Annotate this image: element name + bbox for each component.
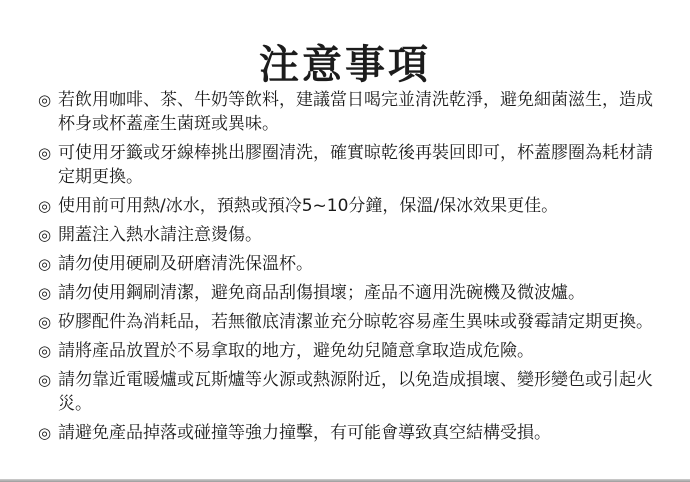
note-text: 請將產品放置於不易拿取的地方，避免幼兒隨意拿取造成危險。 (58, 339, 658, 363)
bullet-icon: ◎ (38, 339, 58, 363)
bullet-icon: ◎ (38, 194, 58, 218)
bullet-icon: ◎ (38, 252, 58, 276)
bullet-icon: ◎ (38, 281, 58, 305)
note-item: ◎ 請勿靠近電暖爐或瓦斯爐等火源或熱源附近，以免造成損壞、變形變色或引起火災。 (38, 368, 658, 416)
note-item: ◎ 請避免產品掉落或碰撞等強力撞擊，有可能會導致真空結構受損。 (38, 421, 658, 445)
page-title: 注意事項 (0, 37, 690, 93)
note-text: 開蓋注入熱水請注意燙傷。 (58, 223, 658, 247)
note-text: 可使用牙籤或牙線棒挑出膠圈清洗，確實晾乾後再裝回即可，杯蓋膠圈為耗材請定期更換。 (58, 141, 658, 189)
note-item: ◎ 請勿使用鋼刷清潔，避免商品刮傷損壞；產品不適用洗碗機及微波爐。 (38, 281, 658, 305)
note-text: 請避免產品掉落或碰撞等強力撞擊，有可能會導致真空結構受損。 (58, 421, 658, 445)
bullet-icon: ◎ (38, 141, 58, 189)
note-text: 矽膠配件為消耗品，若無徹底清潔並充分晾乾容易產生異味或發霉請定期更換。 (58, 310, 658, 334)
bullet-icon: ◎ (38, 88, 58, 136)
bullet-icon: ◎ (38, 368, 58, 416)
note-item: ◎ 矽膠配件為消耗品，若無徹底清潔並充分晾乾容易產生異味或發霉請定期更換。 (38, 310, 658, 334)
note-item: ◎ 請勿使用硬刷及研磨清洗保溫杯。 (38, 252, 658, 276)
note-item: ◎ 開蓋注入熱水請注意燙傷。 (38, 223, 658, 247)
bullet-icon: ◎ (38, 421, 58, 445)
note-text: 請勿使用硬刷及研磨清洗保溫杯。 (58, 252, 658, 276)
note-text: 若飲用咖啡、茶、牛奶等飲料，建議當日喝完並清洗乾淨，避免細菌滋生，造成杯身或杯蓋… (58, 88, 658, 136)
note-item: ◎ 請將產品放置於不易拿取的地方，避免幼兒隨意拿取造成危險。 (38, 339, 658, 363)
bullet-icon: ◎ (38, 223, 58, 247)
note-item: ◎ 若飲用咖啡、茶、牛奶等飲料，建議當日喝完並清洗乾淨，避免細菌滋生，造成杯身或… (38, 88, 658, 136)
note-item: ◎ 使用前可用熱/冰水，預熱或預冷5~10分鐘，保溫/保冰效果更佳。 (38, 194, 658, 218)
note-text: 請勿靠近電暖爐或瓦斯爐等火源或熱源附近，以免造成損壞、變形變色或引起火災。 (58, 368, 658, 416)
notes-list: ◎ 若飲用咖啡、茶、牛奶等飲料，建議當日喝完並清洗乾淨，避免細菌滋生，造成杯身或… (38, 88, 658, 450)
bullet-icon: ◎ (38, 310, 58, 334)
note-item: ◎ 可使用牙籤或牙線棒挑出膠圈清洗，確實晾乾後再裝回即可，杯蓋膠圈為耗材請定期更… (38, 141, 658, 189)
note-text: 請勿使用鋼刷清潔，避免商品刮傷損壞；產品不適用洗碗機及微波爐。 (58, 281, 658, 305)
note-text: 使用前可用熱/冰水，預熱或預冷5~10分鐘，保溫/保冰效果更佳。 (58, 194, 658, 218)
